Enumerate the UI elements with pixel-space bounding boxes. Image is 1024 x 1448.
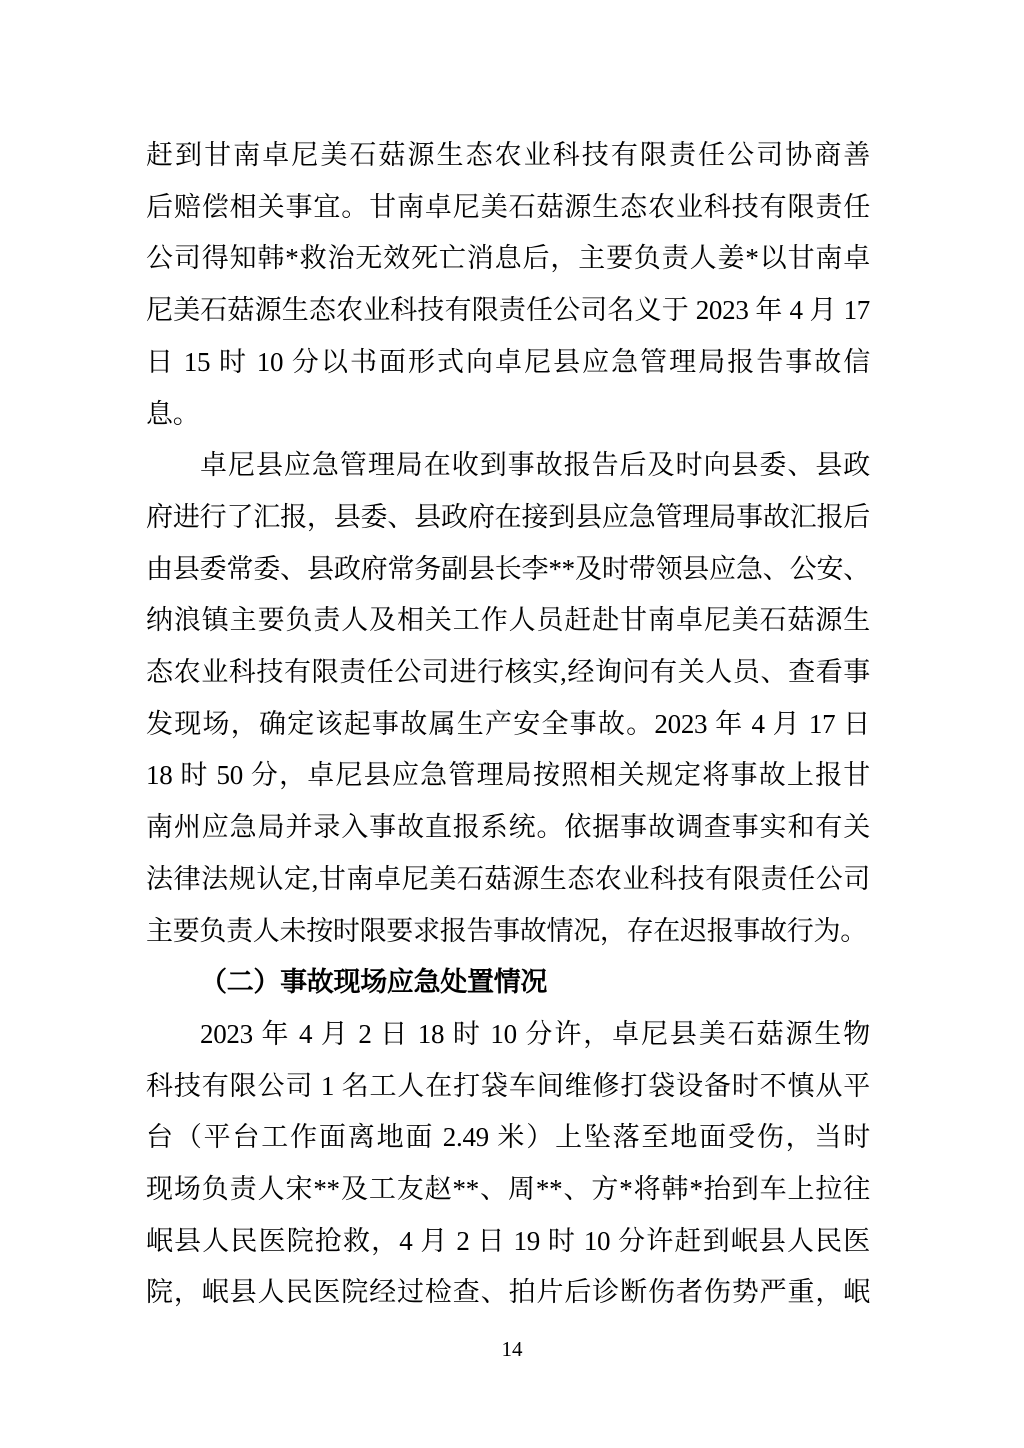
- text-line: 日 15 时 10 分以书面形式向卓尼县应急管理局报告事故信: [146, 337, 870, 389]
- text-line: 尼美石菇源生态农业科技有限责任公司名义于 2023 年 4 月 17: [146, 285, 870, 337]
- text-line: 赶到甘南卓尼美石菇源生态农业科技有限责任公司协商善: [146, 130, 870, 182]
- text-line: 现场负责人宋**及工友赵**、周**、方*将韩*抬到车上拉往: [146, 1164, 870, 1216]
- text-line: 由县委常委、县政府常务副县长李**及时带领县应急、公安、: [146, 544, 870, 596]
- text-line: 后赔偿相关事宜。甘南卓尼美石菇源生态农业科技有限责任: [146, 182, 870, 234]
- text-line: 院，岷县人民医院经过检查、拍片后诊断伤者伤势严重，岷: [146, 1267, 870, 1319]
- text-line: 息。: [146, 389, 870, 441]
- text-line: 纳浪镇主要负责人及相关工作人员赶赴甘南卓尼美石菇源生: [146, 595, 870, 647]
- text-line: 法律法规认定,甘南卓尼美石菇源生态农业科技有限责任公司: [146, 854, 870, 906]
- text-line: 公司得知韩*救治无效死亡消息后，主要负责人姜*以甘南卓: [146, 233, 870, 285]
- paragraph-emergency-response: 2023 年 4 月 2 日 18 时 10 分许，卓尼县美石菇源生物 科技有限…: [146, 1009, 870, 1319]
- text-line: 态农业科技有限责任公司进行核实,经询问有关人员、查看事: [146, 647, 870, 699]
- text-line: 18 时 50 分，卓尼县应急管理局按照相关规定将事故上报甘: [146, 750, 870, 802]
- paragraph-incident-reporting: 卓尼县应急管理局在收到事故报告后及时向县委、县政 府进行了汇报，县委、县政府在接…: [146, 440, 870, 957]
- document-page: 赶到甘南卓尼美石菇源生态农业科技有限责任公司协商善 后赔偿相关事宜。甘南卓尼美石…: [0, 0, 1024, 1448]
- text-line: 卓尼县应急管理局在收到事故报告后及时向县委、县政: [146, 440, 870, 492]
- text-line: 发现场，确定该起事故属生产安全事故。2023 年 4 月 17 日: [146, 699, 870, 751]
- text-line: 2023 年 4 月 2 日 18 时 10 分许，卓尼县美石菇源生物: [146, 1009, 870, 1061]
- text-line: 府进行了汇报，县委、县政府在接到县应急管理局事故汇报后: [146, 492, 870, 544]
- text-line: 主要负责人未按时限要求报告事故情况，存在迟报事故行为。: [146, 906, 870, 958]
- paragraph-continuation: 赶到甘南卓尼美石菇源生态农业科技有限责任公司协商善 后赔偿相关事宜。甘南卓尼美石…: [146, 130, 870, 440]
- page-number: 14: [502, 1337, 523, 1361]
- text-line: 台（平台工作面离地面 2.49 米）上坠落至地面受伤，当时: [146, 1112, 870, 1164]
- text-line: 南州应急局并录入事故直报系统。依据事故调查事实和有关: [146, 802, 870, 854]
- section-heading: （二）事故现场应急处置情况: [146, 957, 870, 1009]
- page-footer: 14: [0, 1336, 1024, 1362]
- report-body: 赶到甘南卓尼美石菇源生态农业科技有限责任公司协商善 后赔偿相关事宜。甘南卓尼美石…: [146, 130, 870, 1319]
- section-heading-block: （二）事故现场应急处置情况: [146, 957, 870, 1009]
- text-line: 岷县人民医院抢救，4 月 2 日 19 时 10 分许赶到岷县人民医: [146, 1216, 870, 1268]
- text-line: 科技有限公司 1 名工人在打袋车间维修打袋设备时不慎从平: [146, 1061, 870, 1113]
